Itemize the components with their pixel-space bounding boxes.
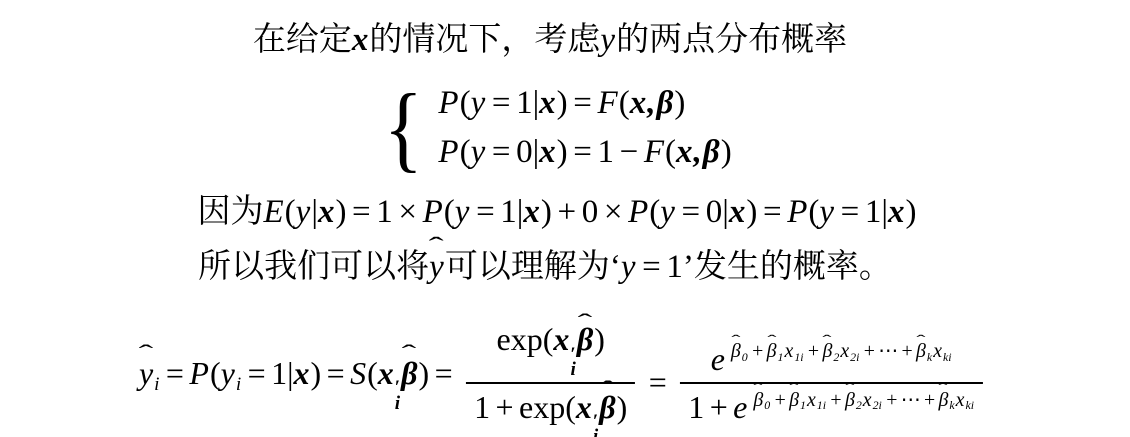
math-token: (	[444, 192, 455, 233]
math-token: (	[460, 83, 471, 124]
hat-wrapper: ˆy	[429, 247, 444, 288]
math-token: 1	[474, 389, 490, 426]
math-token: 1	[516, 83, 533, 124]
hat-wrapper: ˆβ	[753, 389, 763, 412]
math-token: ˆβ	[577, 321, 594, 358]
fraction-exp-denominator: 1+exp(x′iˆβ)	[466, 382, 635, 437]
math-token: +	[496, 389, 514, 426]
math-token: +	[710, 389, 728, 426]
math-token: )	[594, 321, 605, 358]
math-token: ˆβk	[916, 340, 933, 364]
math-token: =	[649, 362, 667, 402]
math-token: y	[660, 192, 676, 233]
hat-icon: ˆ	[578, 311, 593, 334]
prime-sub-stack: ′i	[593, 414, 598, 437]
math-token: x	[676, 132, 694, 173]
math-token: 1	[500, 192, 517, 233]
e-exponent: ˆβ0+ˆβ1x1i+ˆβ2x2i+⋯+ˆβkxki	[731, 340, 953, 362]
subscript: 2i	[873, 398, 882, 412]
prime-sub-stack: ′i	[395, 380, 400, 411]
math-token: x2i	[840, 340, 860, 364]
math-token: (	[665, 132, 676, 173]
math-token: (	[367, 353, 378, 393]
math-token: =	[573, 132, 592, 173]
math-token: =	[763, 192, 782, 233]
math-token: 1	[598, 132, 615, 173]
cases-row-1: P(y=1|x)=F(x,β)	[438, 83, 731, 124]
subscript: 2	[833, 350, 839, 364]
math-token: =	[492, 132, 511, 173]
cases-row-2: P(y=0|x)=1−F(x,β)	[438, 132, 731, 173]
left-brace: {	[384, 80, 423, 176]
hat-icon: ˆ	[916, 334, 925, 348]
math-token: xki	[933, 340, 952, 364]
math-token: |	[533, 132, 540, 173]
math-token: =	[573, 83, 592, 124]
math-token: +	[864, 340, 875, 363]
math-token: y	[600, 20, 616, 61]
math-token: |	[533, 83, 540, 124]
formula-equals: =	[643, 362, 672, 402]
subscript: k	[949, 398, 954, 412]
math-token: x	[318, 192, 336, 233]
math-token: =	[476, 192, 495, 233]
math-token: F	[644, 132, 665, 173]
math-token: ˆβk	[938, 389, 955, 413]
math-token: )	[721, 132, 732, 173]
math-token: P	[189, 353, 210, 393]
math-token: )	[906, 192, 917, 233]
math-token: x	[539, 132, 557, 173]
interpretation-line: 所以我们可以将ˆy可以理解为‘y=1’发生的概率。	[198, 247, 892, 288]
math-token: +	[808, 340, 819, 363]
math-token: x2i	[863, 389, 883, 413]
math-token: 发生的概率。	[694, 247, 892, 288]
hat-wrapper: ˆβ	[916, 340, 926, 363]
hat-wrapper: ˆβ	[845, 389, 855, 412]
math-token: x	[630, 83, 648, 124]
subscript: 0	[764, 398, 770, 412]
logistic-formula: ˆyi=P(yi=1|x)=S(x′iˆβ)= exp(x′iˆβ) 1+exp…	[139, 332, 991, 432]
math-token: y	[455, 192, 471, 233]
math-token: ˆβ0	[731, 340, 749, 364]
math-token: =	[682, 192, 701, 233]
math-token: 1	[271, 353, 287, 393]
math-token: ˆβ	[599, 389, 616, 426]
math-token: xki	[956, 389, 975, 413]
e-exponent-den: ˆβ0+ˆβ1x1i+ˆβ2x2i+⋯+ˆβkxki	[753, 389, 975, 411]
hat-icon: ˆ	[754, 382, 763, 396]
subscript: ki	[965, 398, 974, 412]
math-token: ×	[604, 192, 623, 233]
math-token: x′i	[378, 353, 401, 411]
hat-icon: ˆ	[823, 334, 832, 348]
math-token: 因为	[198, 192, 264, 233]
math-token: 1	[865, 192, 882, 233]
subscript: 0	[742, 350, 748, 364]
math-token: F	[598, 83, 619, 124]
math-token: =	[327, 353, 345, 393]
expectation-line: 因为E(y|x)=1×P(y=1|x)+0×P(y=0|x)=P(y=1|x)	[198, 192, 917, 233]
fraction-e-numerator: eˆβ0+ˆβ1x1i+ˆβ2x2i+⋯+ˆβkxki	[703, 338, 961, 381]
math-token: 0	[582, 192, 599, 233]
math-token: 0	[516, 132, 533, 173]
subscript: 1i	[794, 350, 803, 364]
math-token: e	[711, 341, 726, 378]
math-token: |	[517, 192, 524, 233]
math-token: ˆβ1	[789, 389, 807, 413]
math-token: +	[558, 192, 577, 233]
math-token: exp(	[519, 389, 576, 426]
math-token: ’	[683, 247, 694, 288]
math-token: x	[523, 192, 541, 233]
math-token: E	[264, 192, 285, 233]
math-token: +	[901, 340, 912, 363]
hat-icon: ˆ	[139, 342, 154, 365]
math-token: +	[775, 389, 786, 412]
math-token: ˆβ2	[822, 340, 840, 364]
fraction-exp-form: exp(x′iˆβ) 1+exp(x′iˆβ)	[466, 319, 635, 437]
math-token: +	[924, 389, 935, 412]
math-token: )	[557, 83, 568, 124]
math-notes-page: 在给定x的情况下，考虑y的两点分布概率 { P(y=1|x)=F(x,β) P(…	[0, 0, 1130, 437]
math-token: y	[471, 132, 487, 173]
hat-icon: ˆ	[845, 382, 854, 396]
math-token: =	[492, 83, 511, 124]
math-token: x	[352, 20, 370, 61]
math-token: x1i	[807, 389, 827, 413]
math-token: 1	[376, 192, 393, 233]
math-token: β	[703, 132, 721, 173]
formula-lead: ˆyi=P(yi=1|x)=S(x′iˆβ)=	[139, 353, 458, 411]
hat-wrapper: ˆβ	[731, 340, 741, 363]
math-token: x	[729, 192, 747, 233]
math-token: y	[471, 83, 487, 124]
math-token: |	[881, 192, 888, 233]
math-token: x	[539, 83, 557, 124]
hat-icon: ˆ	[790, 382, 799, 396]
math-token: x′i	[576, 389, 599, 437]
math-token: )	[674, 83, 685, 124]
subscript: 1i	[817, 398, 826, 412]
subscript: i	[154, 374, 159, 395]
prime-sub-stack: ′i	[570, 347, 575, 378]
math-token: )	[557, 132, 568, 173]
subscript: ki	[943, 350, 952, 364]
math-token: 的两点分布概率	[616, 20, 847, 61]
hat-wrapper: ˆβ	[599, 389, 615, 426]
math-token: )	[746, 192, 757, 233]
math-token: (	[649, 192, 660, 233]
math-token: ˆβ1	[767, 340, 785, 364]
math-token: y	[621, 247, 637, 288]
math-token: =	[841, 192, 860, 233]
math-token: S	[350, 353, 367, 393]
subscript: 1	[778, 350, 784, 364]
math-token: ⋯	[901, 389, 921, 412]
math-token: P	[438, 132, 459, 173]
hat-icon: ˆ	[731, 334, 740, 348]
math-token: P	[438, 83, 459, 124]
hat-icon: ˆ	[767, 334, 776, 348]
math-token: P	[787, 192, 808, 233]
math-token: =	[642, 247, 661, 288]
math-token: x	[888, 192, 906, 233]
math-token: )	[541, 192, 552, 233]
math-token: exp(	[497, 321, 554, 358]
math-token: )	[617, 389, 628, 426]
math-token: ,	[647, 83, 656, 124]
fraction-e-denominator: 1+eˆβ0+ˆβ1x1i+ˆβ2x2i+⋯+ˆβkxki	[680, 382, 983, 426]
math-token: ˆyi	[139, 353, 161, 397]
math-token: 0	[706, 192, 723, 233]
hat-wrapper: ˆy	[139, 353, 153, 393]
math-token: ˆβ	[401, 353, 418, 393]
math-token: β	[656, 83, 674, 124]
math-token: 所以我们可以将	[198, 247, 429, 288]
subscript: i	[236, 374, 241, 395]
math-token: e	[733, 389, 748, 426]
math-token: +	[752, 340, 763, 363]
math-token: 1	[666, 247, 683, 288]
math-token: 在给定	[253, 20, 352, 61]
hat-wrapper: ˆβ	[401, 353, 417, 393]
math-token: ˆβ2	[845, 389, 863, 413]
math-token: x1i	[785, 340, 805, 364]
math-token: (	[460, 132, 471, 173]
math-token: ×	[398, 192, 417, 233]
intro-text: 在给定x的情况下，考虑y的两点分布概率	[253, 22, 847, 58]
math-token: ‘	[610, 247, 621, 288]
math-token: =	[352, 192, 371, 233]
math-token: ⋯	[878, 340, 898, 363]
one-plus-e-base: 1+e	[688, 389, 748, 425]
e-base: e	[711, 341, 726, 377]
math-token: ˆβ0	[753, 389, 771, 413]
fraction-exp-numerator: exp(x′iˆβ)	[489, 319, 613, 381]
math-token: y	[296, 192, 312, 233]
hat-wrapper: ˆβ	[938, 389, 948, 412]
interpretation-text: 所以我们可以将ˆy可以理解为‘y=1’发生的概率。	[198, 249, 892, 285]
math-token: 1	[688, 389, 704, 426]
math-token: +	[830, 389, 841, 412]
math-token: (	[285, 192, 296, 233]
math-token: P	[423, 192, 444, 233]
math-token: (	[619, 83, 630, 124]
subscript: 2i	[850, 350, 859, 364]
math-token: =	[248, 353, 266, 393]
expectation-equation: 因为E(y|x)=1×P(y=1|x)+0×P(y=0|x)=P(y=1|x)	[198, 194, 917, 230]
math-token: −	[620, 132, 639, 173]
hat-icon: ˆ	[939, 382, 948, 396]
math-token: =	[435, 353, 453, 393]
math-token: )	[335, 192, 346, 233]
math-token: yi	[221, 353, 243, 397]
hat-wrapper: ˆβ	[577, 321, 593, 358]
hat-wrapper: ˆβ	[767, 340, 777, 363]
math-token: )	[419, 353, 430, 393]
math-token: =	[166, 353, 184, 393]
math-token: )	[310, 353, 321, 393]
hat-icon: ˆ	[600, 378, 615, 401]
hat-wrapper: ˆβ	[822, 340, 832, 363]
cases-block: { P(y=1|x)=F(x,β) P(y=0|x)=1−F(x,β)	[380, 80, 731, 176]
math-token: (	[210, 353, 221, 393]
math-token: P	[628, 192, 649, 233]
math-token: 可以理解为	[445, 247, 610, 288]
hat-icon: ˆ	[429, 236, 444, 260]
math-token: x′i	[553, 321, 576, 377]
subscript: 1	[800, 398, 806, 412]
hat-wrapper: ˆβ	[789, 389, 799, 412]
math-token: y	[819, 192, 835, 233]
intro-line: 在给定x的情况下，考虑y的两点分布概率	[253, 20, 847, 61]
fraction-e-form: eˆβ0+ˆβ1x1i+ˆβ2x2i+⋯+ˆβkxki 1+eˆβ0+ˆβ1x1…	[680, 338, 983, 425]
subscript: k	[927, 350, 932, 364]
math-token: +	[886, 389, 897, 412]
subscript: 2	[856, 398, 862, 412]
math-token: ˆy	[429, 247, 445, 288]
math-token: 的情况下，考虑	[369, 20, 600, 61]
math-token: (	[808, 192, 819, 233]
hat-icon: ˆ	[402, 342, 417, 365]
cases-rows: P(y=1|x)=F(x,β) P(y=0|x)=1−F(x,β)	[438, 83, 731, 173]
math-token: x	[293, 353, 310, 393]
